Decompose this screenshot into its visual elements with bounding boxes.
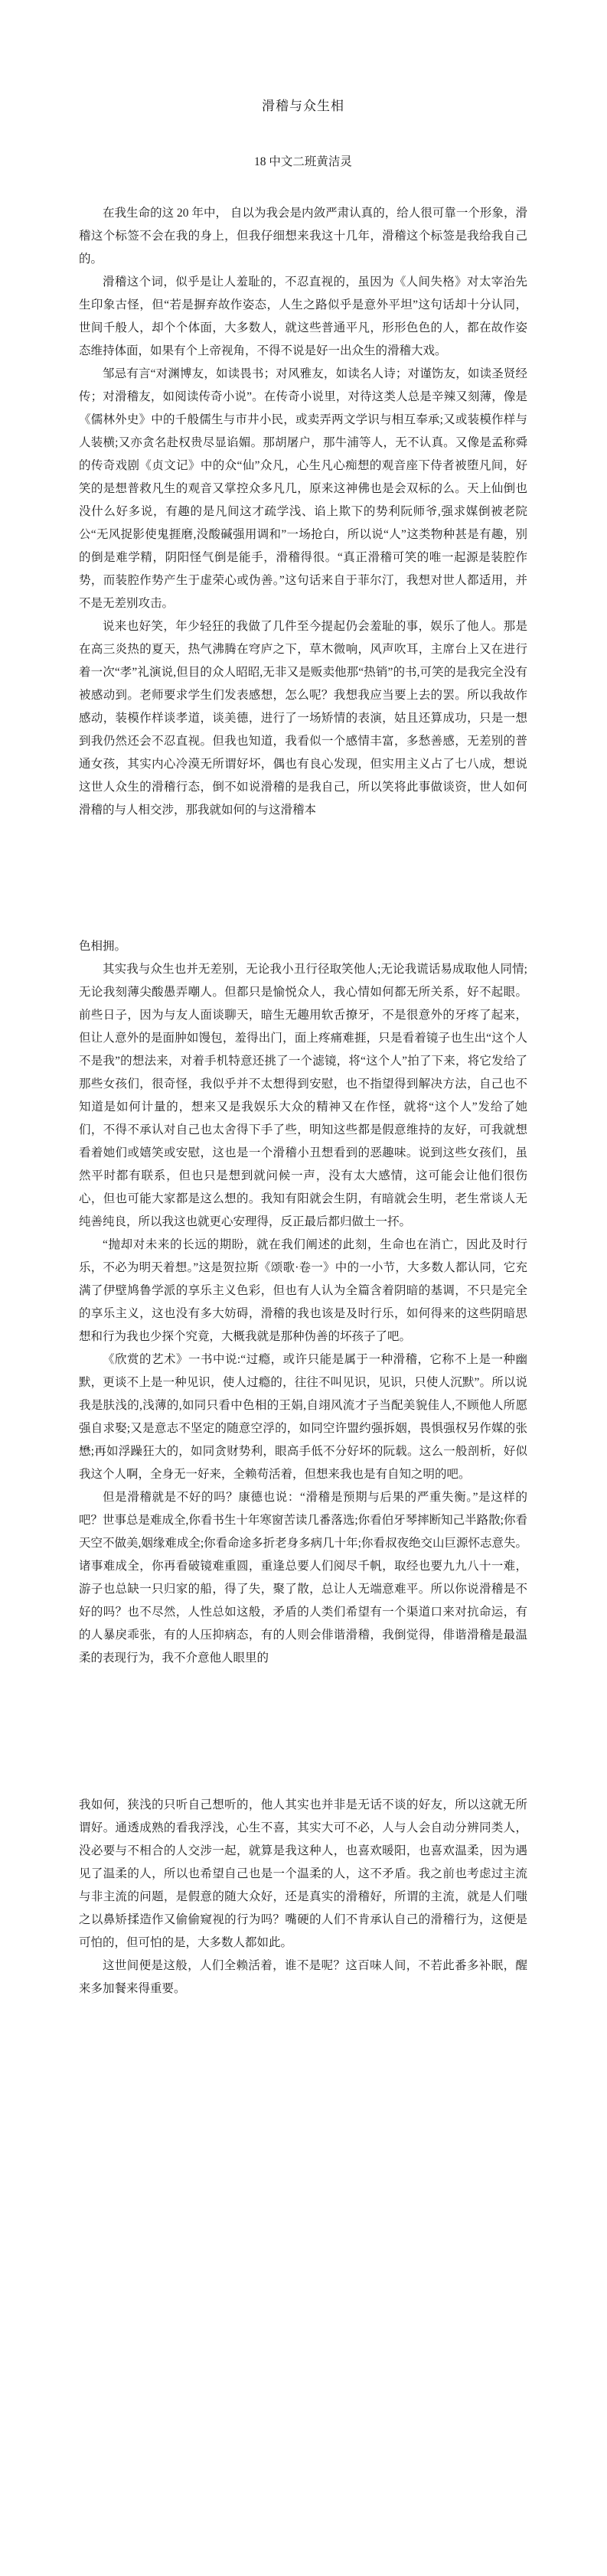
paragraph-highschool-story-part1: 说来也好笑，年少轻狂的我做了几件至今提起仍会羞耻的事，娱乐了他人。那是在高三炎热… <box>79 615 527 822</box>
paragraph-huaji-word: 滑稽这个词，似乎是让人羞耻的，不忍直视的，虽因为《人间失格》对太宰治先生印象古怪… <box>79 271 527 363</box>
paragraph-intro: 在我生命的这 20 年中， 自以为我会是内敛严肃认真的，给人很可靠一个形象，滑稽… <box>79 202 527 271</box>
document-page-3: 我如何，狭浅的只听自己想听的，他人其实也并非是无话不谈的好友，所以这就无所谓好。… <box>0 1717 607 2576</box>
document-byline: 18 中文二班黄洁灵 <box>79 153 527 171</box>
paragraph-no-difference: 其实我与众生也并无差别，无论我小丑行径取笑他人;无论我谎话易成取他人同情;无论我… <box>79 958 527 1234</box>
paragraph-kant-quote-part2: 我如何，狭浅的只听自己想听的，他人其实也并非是无话不谈的好友，所以这就无所谓好。… <box>79 1794 527 1955</box>
document-page-1: 滑稽与众生相 18 中文二班黄洁灵 在我生命的这 20 年中， 自以为我会是内敛… <box>0 0 607 859</box>
document-page-2: 色相拥。 其实我与众生也并无差别，无论我小丑行径取笑他人;无论我谎话易成取他人同… <box>0 859 607 1717</box>
paragraph-highschool-story-part2: 色相拥。 <box>79 935 527 958</box>
document-title: 滑稽与众生相 <box>79 96 527 116</box>
paragraph-conclusion: 这世间便是这般，人们全赖活着，谁不是呢？这百味人间，不若此番多补眠，醒来多加餐来… <box>79 1955 527 2000</box>
paragraph-zouji-quote: 邹忌有言“对渊博友，如读畏书；对风雅友，如读名人诗；对谨饬友，如读圣贤经传；对滑… <box>79 363 527 615</box>
essay-document: 滑稽与众生相 18 中文二班黄洁灵 在我生命的这 20 年中， 自以为我会是内敛… <box>0 0 607 2576</box>
paragraph-kant-quote-part1: 但是滑稽就是不好的吗？康德也说：“滑稽是预期与后果的严重失衡。”是这样的吧？世事… <box>79 1486 527 1670</box>
paragraph-art-of-appreciation: 《欣赏的艺术》一书中说:“过瘾，或许只能是属于一种滑稽，它称不上是一种幽默，更谈… <box>79 1348 527 1486</box>
paragraph-horace-quote: “抛却对未来的长远的期盼，就在我们阐述的此刻，生命也在消亡，因此及时行乐，不必为… <box>79 1234 527 1348</box>
